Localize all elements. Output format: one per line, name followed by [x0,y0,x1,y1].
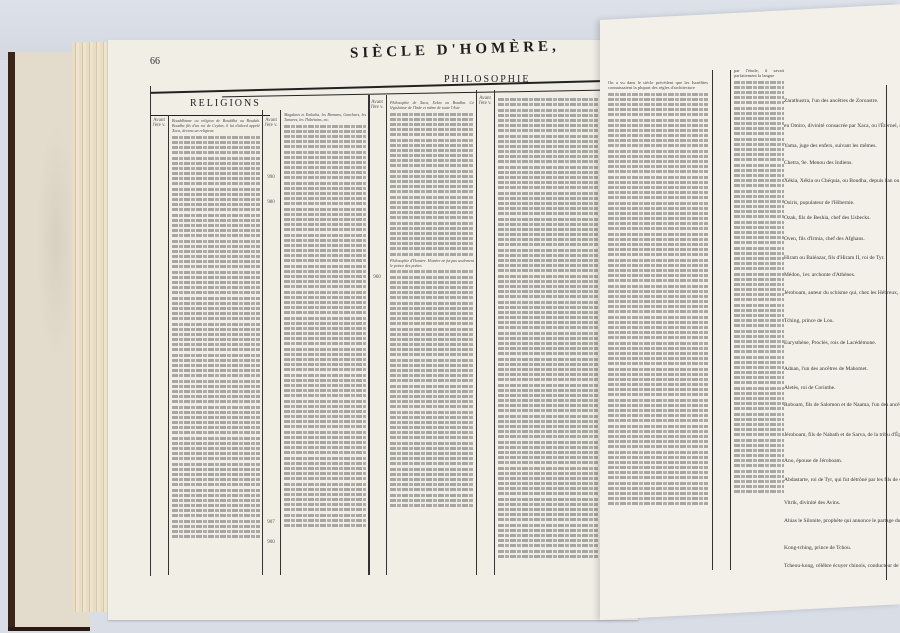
date-column-line [168,115,169,575]
chronology-entry: Hiram ou Baléazar, fils d'Hiram II, roi … [784,255,885,261]
chronology-entry: Yama, juge des enfers, suivant les mêmes… [784,143,877,149]
water-stain [36,122,76,362]
chronology-entry: Abdastarte, roi de Tyr, qui fut détrôné … [784,477,900,483]
chronology-entry: Tcheou-kong, célèbre écuyer chinois, con… [784,563,900,569]
philosophie-date-line [386,95,387,575]
religions-text-column-1: Bouddhisme ou religion de Bouddha ou Bou… [172,118,260,573]
chronology-entry: Tching, prince de Lou. [784,318,834,324]
date-label: Avant l'ère v. [263,118,279,128]
chronology-entry: Vitrik, divinité des Avins. [784,500,840,506]
chronology-entry: Aletès, roi de Corinthe. [784,385,835,391]
binding-stubs [72,42,109,612]
date-label: Avant l'ère v. [151,118,167,128]
chronology-entry: Jéroboam, fils de Nabath et de Sarva, de… [784,432,900,438]
chronology-entry: Eurysthène, Proclès, rois de Lacédémone. [784,340,876,346]
philosophie-date-line-2 [494,90,495,575]
frame-left-line [150,86,151,576]
date-label: Avant l'ère v. [477,96,493,106]
philosophie-text-column-1: Philosophie de Xaca, Xekia ou Boudha. Ce… [390,100,474,572]
section-religions-heading: RELIGIONS [190,98,261,109]
sciences-date-line-2 [730,70,731,570]
chronology-entry: Adnan, l'un des ancêtres de Mahomet. [784,366,868,372]
chronology-entry: Oven, fils d'Irmia, chef des Afghans. [784,236,865,242]
chronology-entry: Kong-tching, prince de Tchou. [784,545,851,551]
chronology-entry: Jéroboam, auteur du schisme qui, chez le… [784,290,900,296]
sciences-text-column: On a vu dans le siècle précédent que les… [608,80,708,570]
chronology-entry: Ano, épouse de Jéroboam. [784,458,842,464]
chronology-entry: Roboam, fils de Salomon et de Naama, l'u… [784,402,900,408]
date-entry: 990 [263,175,279,180]
date-entry: 960 [369,275,385,280]
chronology-entry: Chetra, 9e. Menou des Indiens. [784,160,853,166]
page-number: 66 [150,56,160,67]
date-label: Avant l'ère v. [369,100,385,110]
chronology-entry: Médon, 1er. archonte d'Athènes. [784,272,855,278]
chronology-entry: Ahias le Silonite, prophète qui annonce … [784,518,900,524]
right-page-frame-line [886,85,887,580]
chronology-entry: Osiris, populateur de l'Hibernie. [784,200,855,206]
sciences-date-line [712,70,713,570]
date-entry: 900 [263,540,279,545]
religions-text-column-2: Magdanis et Emkalia, les Birmans, Gancha… [284,112,366,572]
chronology-entry: Zarathustra, l'un des ancêtres de Zoroas… [784,98,878,104]
date-column-line-2 [280,110,281,575]
chronology-entry: Ozak, fils de Beshia, chef des Usbecks. [784,215,871,221]
philosophie-text-column-2 [498,96,598,572]
chronology-entry: en Omiro, divinité consacrée par Xaca, o… [784,123,900,129]
date-entry: 907 [263,520,279,525]
philosophie-column-divider [476,90,477,575]
date-entry: 980 [263,200,279,205]
sciences-text-column-2: par l'étude, il savait parfaitement la l… [734,68,784,578]
philosophie-frame-left [368,95,370,575]
chronology-entry: Xékia, Xékia ou Chéquia, ou Boudha, depu… [784,178,900,184]
